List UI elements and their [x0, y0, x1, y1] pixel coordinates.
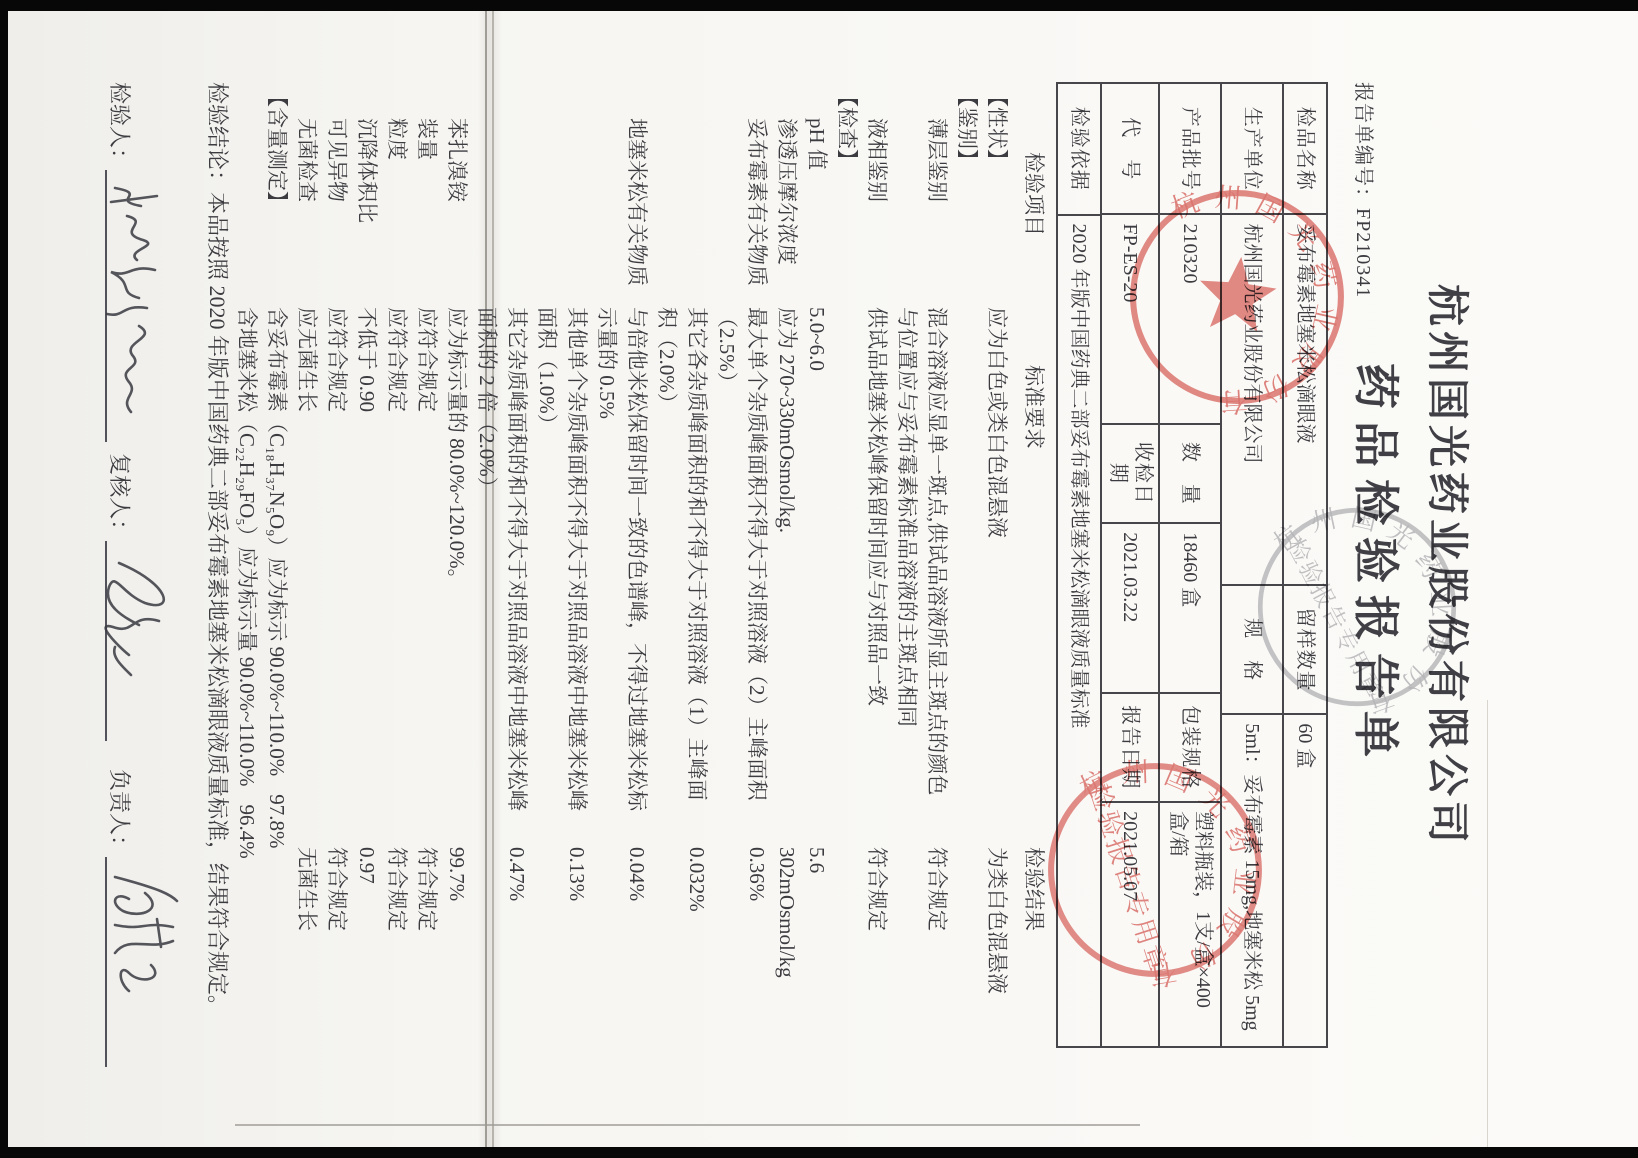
underlying-page-edge-shadow	[235, 1124, 1140, 1126]
report-number-value: FP210341	[1352, 208, 1374, 298]
item-entry: 含地塞米松（C₂₂H₂₉FO₅）应为标示量 90.0%~110.0%96.4%	[232, 307, 262, 1072]
ghost-seal-stamp: 杭州国光药业股份有限公司 检验报告专用章	[1249, 499, 1465, 715]
signature-underline	[105, 857, 133, 1067]
item-row: 装量应符合规定符合规定	[412, 82, 442, 1072]
item-entry: 与倍他米松保留时间一致的色谱峰，不得过地塞米松标示量的 0.5%0.04%	[592, 307, 652, 1072]
conclusion-text: 本品按照 2020 年版中国药典二部妥布霉素地塞米松滴眼液质量标准，结果符合规定…	[205, 192, 230, 1017]
result-text: 无菌生长	[292, 812, 322, 931]
item-entries: 应为白色或类白色混悬液为类白色混悬液	[982, 307, 1012, 1072]
standard-text: 其它各杂质峰面积的和不得大于对照溶液（1）主峰面积（2.0%）	[652, 307, 712, 812]
result-text: 符合规定	[322, 812, 352, 931]
item-name: 渗透压摩尔浓度	[772, 82, 802, 307]
conclusion-label: 检验结论：	[205, 82, 230, 192]
item-entry: 应为白色或类白色混悬液为类白色混悬液	[982, 307, 1012, 1072]
result-text: 0.032%	[652, 812, 712, 912]
report-number-label: 报告单编号：	[1352, 82, 1374, 208]
standard-text: 最大单个杂质峰面积不得大于对照溶液（2）主峰面积（2.5%）	[712, 307, 772, 812]
signature-label: 负责人：	[105, 769, 136, 857]
item-entry: 混合溶液应显单一斑点,供试品溶液所显主斑点的颜色与位置应与妥布霉素标准品溶液的主…	[892, 307, 952, 1072]
item-entry: 不低于 0.900.97	[352, 307, 382, 1072]
item-row: 苯扎溴铵应为标示量的 80.0%~120.0%。99.7%	[442, 82, 472, 1072]
result-text: 符合规定	[862, 812, 892, 931]
item-name: 沉降体积比	[352, 82, 382, 307]
item-entries: 不低于 0.900.97	[352, 307, 382, 1072]
result-text: 99.7%	[442, 812, 472, 901]
standard-text: 其它杂质峰面积的和不得大于对照品溶液中地塞米松峰面积的 2 倍（2.0%）	[472, 307, 532, 812]
result-text: 符合规定	[892, 812, 952, 931]
signature-label: 检验人：	[105, 82, 136, 170]
result-text: 符合规定	[412, 812, 442, 931]
item-entries: 最大单个杂质峰面积不得大于对照溶液（2）主峰面积（2.5%）0.36%其它各杂质…	[652, 307, 772, 1072]
item-row: 妥布霉素有关物质最大单个杂质峰面积不得大于对照溶液（2）主峰面积（2.5%）0.…	[652, 82, 772, 1072]
signature-block: 复核人：	[105, 453, 174, 769]
item-entries: 5.0~6.05.6	[802, 307, 832, 1072]
result-text: 0.13%	[532, 812, 592, 901]
item-name: 【检查】	[832, 82, 862, 307]
signature-underline	[105, 170, 133, 442]
inspector-signature	[97, 176, 171, 426]
result-text: 为类白色混悬液	[982, 812, 1012, 994]
item-row: 液相鉴别供试品地塞米松峰保留时间应与对照品一致符合规定	[862, 82, 892, 1072]
item-row: 无菌检查应无菌生长无菌生长	[292, 82, 322, 1072]
item-entries: 应无菌生长无菌生长	[292, 307, 322, 1072]
item-entry: 最大单个杂质峰面积不得大于对照溶液（2）主峰面积（2.5%）0.36%	[712, 307, 772, 1072]
item-row: 薄层鉴别混合溶液应显单一斑点,供试品溶液所显主斑点的颜色与位置应与妥布霉素标准品…	[892, 82, 952, 1072]
item-row: 可见异物应符合规定符合规定	[322, 82, 352, 1072]
signature-underline	[105, 541, 133, 741]
item-name: 粒度	[382, 82, 412, 307]
seal-inner-text: 检验报告专用章	[1083, 780, 1172, 977]
item-entry: 应符合规定符合规定	[322, 307, 352, 1072]
item-entries	[832, 307, 862, 1072]
item-entries: 混合溶液应显单一斑点,供试品溶液所显主斑点的颜色与位置应与妥布霉素标准品溶液的主…	[892, 307, 952, 1072]
items-table: 检验项目 标准要求 检验结果 【性状】应为白色或类白色混悬液为类白色混悬液【鉴别…	[232, 82, 1050, 1072]
header-cell-value: 2021.03.22	[1102, 522, 1158, 691]
report-number-line: 报告单编号：FP210341	[1351, 82, 1380, 298]
item-name: 【性状】	[982, 82, 1012, 307]
reviewer-signature	[97, 547, 181, 717]
header-cell-value: 18460 盒	[1160, 522, 1220, 691]
signature-block: 检验人：	[105, 82, 136, 453]
item-entries: 与倍他米松保留时间一致的色谱峰，不得过地塞米松标示量的 0.5%0.04%其他单…	[472, 307, 652, 1072]
item-row: 【性状】应为白色或类白色混悬液为类白色混悬液	[982, 82, 1012, 1072]
item-name: pH 值	[802, 82, 832, 307]
standard-text: 应为 270~330mOsmol/kg.	[772, 307, 802, 812]
item-name: 【含量测定】	[232, 82, 292, 307]
item-entry: 其他单个杂质峰面积不得大于对照品溶液中地塞米松峰面积（1.0%）0.13%	[532, 307, 592, 1072]
standard-text: 应为标示量的 80.0%~120.0%。	[442, 307, 472, 812]
item-entries: 应符合规定符合规定	[382, 307, 412, 1072]
item-entry: 应为 270~330mOsmol/kg.302mOsmol/kg	[772, 307, 802, 1072]
signature-label: 复核人：	[105, 453, 136, 541]
item-entry: 应无菌生长无菌生长	[292, 307, 322, 1072]
item-name: 无菌检查	[292, 82, 322, 307]
item-name: 装量	[412, 82, 442, 307]
header-cell-label: 数 量	[1160, 423, 1220, 523]
result-text: 0.47%	[472, 812, 532, 901]
item-entries: 含妥布霉素（C₁₈H₃₇N₅O₉）应为标示 90.0%~110.0%97.8%含…	[232, 307, 292, 1072]
standard-text: 与倍他米松保留时间一致的色谱峰，不得过地塞米松标示量的 0.5%	[592, 307, 652, 812]
report-document: 杭州国光药业股份有限公司 药品检验报告单 报告单编号：FP210341 检品名称…	[22, 14, 1628, 1118]
item-row: 【鉴别】	[952, 82, 982, 1072]
column-header-item: 检验项目	[1020, 82, 1050, 307]
standard-text: 应符合规定	[382, 307, 412, 812]
standard-text: 应符合规定	[412, 307, 442, 812]
header-cell-label: 检验依据	[1058, 84, 1100, 214]
item-entry: 其它各杂质峰面积的和不得大于对照溶液（1）主峰面积（2.0%）0.032%	[652, 307, 712, 1072]
result-text: 302mOsmol/kg	[772, 812, 802, 978]
item-row: pH 值5.0~6.05.6	[802, 82, 832, 1072]
item-entries: 应为标示量的 80.0%~120.0%。99.7%	[442, 307, 472, 1072]
item-entries: 供试品地塞米松峰保留时间应与对照品一致符合规定	[862, 307, 892, 1072]
item-entry: 其它杂质峰面积的和不得大于对照品溶液中地塞米松峰面积的 2 倍（2.0%）0.4…	[472, 307, 532, 1072]
item-entries: 应符合规定符合规定	[322, 307, 352, 1072]
item-entry: 应为标示量的 80.0%~120.0%。99.7%	[442, 307, 472, 1072]
item-row: 粒度应符合规定符合规定	[382, 82, 412, 1072]
inspection-report-seal-stamp: 杭州国光药业股份有限公司 检验报告专用章	[1039, 754, 1271, 986]
item-entry: 应符合规定符合规定	[382, 307, 412, 1072]
item-entry: 供试品地塞米松峰保留时间应与对照品一致符合规定	[862, 307, 892, 1072]
item-row: 渗透压摩尔浓度应为 270~330mOsmol/kg.302mOsmol/kg	[772, 82, 802, 1072]
standard-text: 不低于 0.90	[352, 307, 382, 812]
item-name: 苯扎溴铵	[442, 82, 472, 307]
header-cell-label: 收检日期	[1102, 423, 1158, 523]
item-entry: 含妥布霉素（C₁₈H₃₇N₅O₉）应为标示 90.0%~110.0%97.8%	[262, 307, 292, 1072]
standard-text: 应符合规定	[322, 307, 352, 812]
seal-star-icon	[1197, 251, 1284, 341]
standard-text: 应为白色或类白色混悬液	[982, 307, 1012, 812]
standard-text: 混合溶液应显单一斑点,供试品溶液所显主斑点的颜色与位置应与妥布霉素标准品溶液的主…	[892, 307, 952, 812]
standard-text: 供试品地塞米松峰保留时间应与对照品一致	[862, 307, 892, 812]
item-row: 地塞米松有关物质与倍他米松保留时间一致的色谱峰，不得过地塞米松标示量的 0.5%…	[472, 82, 652, 1072]
standard-text: 5.0~6.0	[802, 307, 832, 812]
seal-inner-text: 检验报告专用章	[1281, 534, 1388, 703]
standard-text: 其他单个杂质峰面积不得大于对照品溶液中地塞米松峰面积（1.0%）	[532, 307, 592, 812]
standard-text: 含地塞米松（C₂₂H₂₉FO₅）应为标示量 90.0%~110.0%	[232, 307, 262, 786]
item-row: 【含量测定】含妥布霉素（C₁₈H₃₇N₅O₉）应为标示 90.0%~110.0%…	[232, 82, 292, 1072]
result-text: 符合规定	[382, 812, 412, 931]
result-text: 96.4%	[232, 786, 262, 858]
item-name: 妥布霉素有关物质	[652, 82, 772, 307]
item-name: 可见异物	[322, 82, 352, 307]
signature-block: 负责人：	[105, 769, 166, 1067]
item-entries	[952, 307, 982, 1072]
item-row: 【检查】	[832, 82, 862, 1072]
director-signature	[97, 863, 185, 1043]
signature-row: 检验人：复核人：负责人：	[105, 82, 176, 1067]
standard-text: 含妥布霉素（C₁₈H₃₇N₅O₉）应为标示 90.0%~110.0%	[262, 307, 292, 776]
result-text: 0.97	[352, 812, 382, 884]
item-name: 薄层鉴别	[892, 82, 952, 307]
item-name: 【鉴别】	[952, 82, 982, 307]
item-entries: 应为 270~330mOsmol/kg.302mOsmol/kg	[772, 307, 802, 1072]
item-entry: 5.0~6.05.6	[802, 307, 832, 1072]
result-text: 0.04%	[592, 812, 652, 901]
item-row: 沉降体积比不低于 0.900.97	[352, 82, 382, 1072]
result-text: 0.36%	[712, 812, 772, 901]
company-official-seal-stamp: 杭州国光药业股份有限公司	[1121, 181, 1353, 413]
result-text: 97.8%	[262, 776, 292, 848]
item-entries: 应符合规定符合规定	[412, 307, 442, 1072]
item-name: 液相鉴别	[862, 82, 892, 307]
item-name: 地塞米松有关物质	[472, 82, 652, 307]
standard-text: 应无菌生长	[292, 307, 322, 812]
result-text: 5.6	[802, 812, 832, 873]
header-cell-value: 60 盒	[1284, 713, 1326, 1046]
item-entry: 应符合规定符合规定	[412, 307, 442, 1072]
column-header-standard: 标准要求	[1020, 307, 1050, 812]
conclusion-line: 检验结论：本品按照 2020 年版中国药典二部妥布霉素地塞米松滴眼液质量标准，结…	[201, 82, 232, 1067]
